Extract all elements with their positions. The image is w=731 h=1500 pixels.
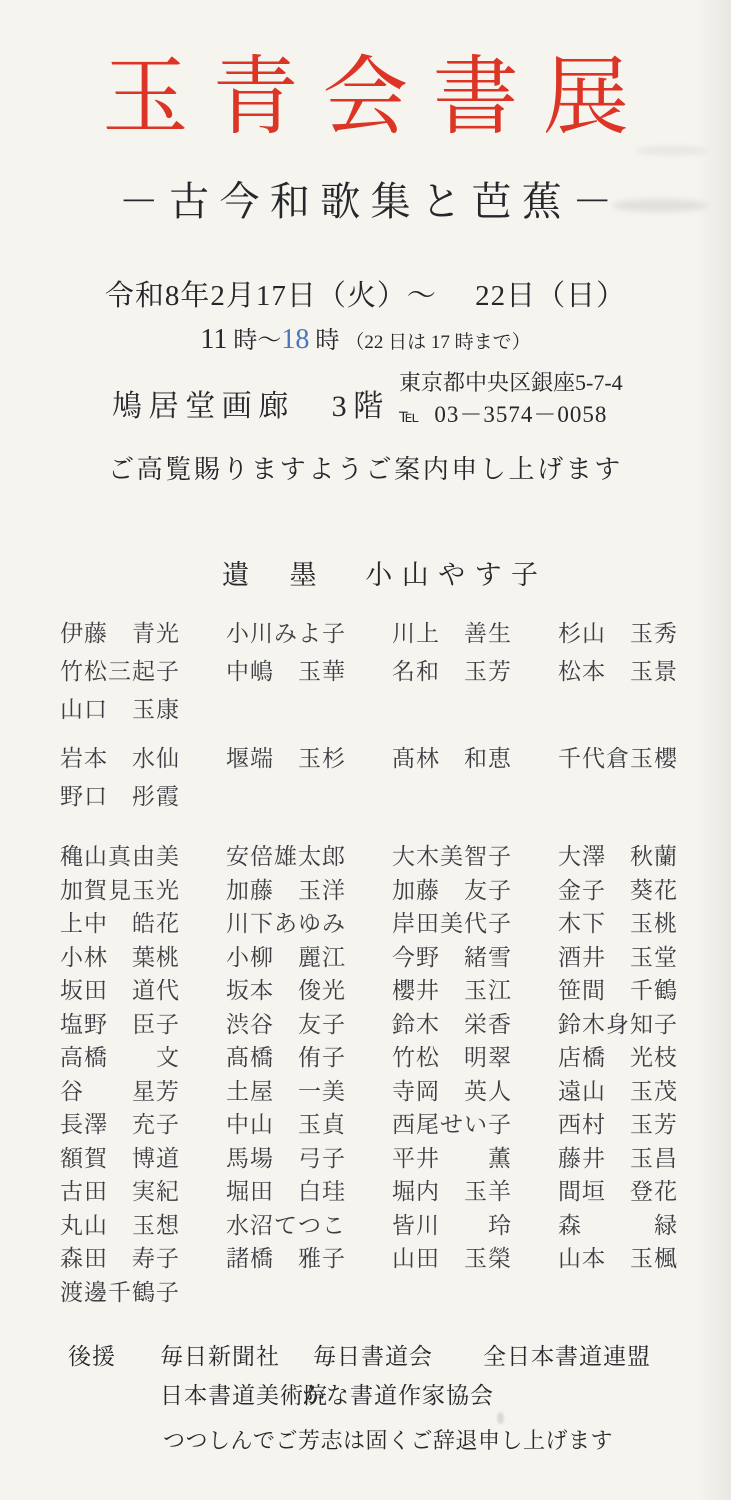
tel-icon: ℡ (399, 406, 420, 427)
exhibitor-name: 高橋 文 (60, 1041, 226, 1075)
exhibitor-list-group2: 岩本 水仙堰端 玉杉髙林 和恵千代倉玉櫻野口 彤霞 (60, 740, 731, 816)
exhibitor-name: 松本 玉景 (558, 653, 724, 691)
exhibitor-name: 櫻井 玉江 (392, 974, 558, 1008)
close-hour: 18 (281, 324, 309, 355)
phone-number: 03－3574－0058 (434, 402, 607, 427)
exhibitor-name: 川下あゆみ (226, 907, 392, 941)
exhibition-dates: 令和8年2月17日（火）～ 22日（日） (0, 276, 731, 316)
exhibitor-name: 渋谷 友子 (226, 1008, 392, 1042)
exhibition-title: 玉青会書展 (0, 42, 731, 152)
exhibitor-name: 平井 薫 (392, 1142, 558, 1176)
exhibitor-name: 伊藤 青光 (60, 615, 226, 653)
exhibitor-name: 中嶋 玉華 (226, 653, 392, 691)
venue-address-block: 東京都中央区銀座5-7-4 ℡03－3574－0058 (399, 369, 623, 431)
exhibitor-name: 水沼てつこ (226, 1209, 392, 1243)
exhibitor-name: 加賀見玉光 (60, 874, 226, 908)
exhibitor-name: 加藤 玉洋 (226, 874, 392, 908)
exhibition-flyer: 玉青会書展 －古今和歌集と芭蕉－ 令和8年2月17日（火）～ 22日（日） 11… (0, 0, 731, 1500)
exhibitor-name: 土屋 一美 (226, 1075, 392, 1109)
exhibitor-name: 古田 実紀 (60, 1175, 226, 1209)
exhibitor-name: 店橋 光枝 (558, 1041, 724, 1075)
sponsor-item: 毎日書道会 (313, 1342, 433, 1372)
exhibitor-list-group3: 穐山真由美安倍雄太郎大木美智子大澤 秋蘭加賀見玉光加藤 玉洋加藤 友子金子 葵花… (60, 840, 731, 1309)
exhibitor-name: 木下 玉桃 (558, 907, 724, 941)
memorial-name: 小山やす子 (365, 560, 547, 590)
exhibitor-name: 長澤 充子 (60, 1108, 226, 1142)
sponsor-item: 毎日新聞社 (160, 1342, 280, 1372)
exhibitor-name: 藤井 玉昌 (558, 1142, 724, 1176)
exhibitor-name: 堀内 玉羊 (392, 1175, 558, 1209)
exhibitor-name: 安倍雄太郎 (226, 840, 392, 874)
exhibitor-name: 岩本 水仙 (60, 740, 226, 778)
exhibitor-name: 西尾せい子 (392, 1108, 558, 1142)
exhibitor-name: 髙橋 侑子 (226, 1041, 392, 1075)
exhibitor-name: 鈴木身知子 (558, 1008, 724, 1042)
exhibitor-name: 坂本 俊光 (226, 974, 392, 1008)
exhibitor-name: 野口 彤霞 (60, 778, 226, 816)
exhibitor-name: 渡邊千鶴子 (60, 1276, 226, 1310)
exhibitor-name: 大木美智子 (392, 840, 558, 874)
venue-name: 鳩居堂画廊 3階 (112, 381, 390, 425)
venue-address: 東京都中央区銀座5-7-4 (399, 369, 623, 397)
exhibitor-name: 小林 葉桃 (60, 941, 226, 975)
exhibitor-name: 小柳 麗江 (226, 941, 392, 975)
exhibitor-name: 岸田美代子 (392, 907, 558, 941)
exhibitor-name: 髙林 和恵 (392, 740, 558, 778)
exhibitor-name: 酒井 玉堂 (558, 941, 724, 975)
memorial-label: 遺 墨 (222, 560, 323, 590)
exhibitor-name: 千代倉玉櫻 (558, 740, 724, 778)
exhibitor-name: 谷 星芳 (60, 1075, 226, 1109)
exhibitor-name: 塩野 臣子 (60, 1008, 226, 1042)
exhibitor-name: 加藤 友子 (392, 874, 558, 908)
exhibitor-name: 山本 玉楓 (558, 1242, 724, 1276)
exhibitor-name: 杉山 玉秀 (558, 615, 724, 653)
exhibitor-name: 寺岡 英人 (392, 1075, 558, 1109)
exhibitor-name: 金子 葵花 (558, 874, 724, 908)
exhibition-subtitle: －古今和歌集と芭蕉－ (0, 176, 731, 228)
hour-label: 時 (309, 328, 345, 354)
memorial-line: 遺 墨小山やす子 (222, 553, 548, 592)
exhibitor-name: 間垣 登花 (558, 1175, 724, 1209)
exhibitor-name: 馬場 弓子 (226, 1142, 392, 1176)
exhibitor-name: 大澤 秋蘭 (558, 840, 724, 874)
exhibitor-name: 山口 玉康 (60, 691, 226, 729)
exhibitor-name: 名和 玉芳 (392, 653, 558, 691)
exhibition-hours: 11 時～18 時 （22 日は 17 時まで） (0, 322, 731, 361)
exhibitor-name: 竹松 明翠 (392, 1041, 558, 1075)
closing-note: つつしんでご芳志は固くご辞退申し上げます (163, 1424, 613, 1455)
exhibitor-name: 皆川 玲 (392, 1209, 558, 1243)
exhibitor-name: 上中 皓花 (60, 907, 226, 941)
exhibitor-name: 山田 玉榮 (392, 1242, 558, 1276)
exhibitor-name: 笹間 千鶴 (558, 974, 724, 1008)
exhibitor-name: 川上 善生 (392, 615, 558, 653)
exhibitor-name: 丸山 玉想 (60, 1209, 226, 1243)
exhibitor-name: 森 緑 (558, 1209, 724, 1243)
sponsors-label: 後援 (68, 1342, 116, 1372)
exhibitor-list-group1: 伊藤 青光小川みよ子川上 善生杉山 玉秀竹松三起子中嶋 玉華名和 玉芳松本 玉景… (60, 615, 731, 729)
exhibitor-name: 西村 玉芳 (558, 1108, 724, 1142)
exhibitor-name: 諸橋 雅子 (226, 1242, 392, 1276)
hours-note: （22 日は 17 時まで） (345, 332, 530, 353)
exhibitor-name: 小川みよ子 (226, 615, 392, 653)
exhibitor-name: 中山 玉貞 (226, 1108, 392, 1142)
exhibitor-name: 坂田 道代 (60, 974, 226, 1008)
hour-label: 時～ (227, 328, 281, 354)
venue-phone: ℡03－3574－0058 (399, 401, 623, 431)
exhibitor-name: 堰端 玉杉 (226, 740, 392, 778)
exhibitor-name: 鈴木 栄香 (392, 1008, 558, 1042)
exhibitor-name: 穐山真由美 (60, 840, 226, 874)
exhibitor-name: 遠山 玉茂 (558, 1075, 724, 1109)
exhibitor-name: 今野 緒雪 (392, 941, 558, 975)
greeting-text: ご高覧賜りますようご案内申し上げます (0, 449, 731, 486)
exhibitor-name: 森田 寿子 (60, 1242, 226, 1276)
exhibitor-name: 堀田 白珪 (226, 1175, 392, 1209)
sponsor-item: かな書道作家協会 (302, 1381, 494, 1411)
open-hour: 11 (200, 324, 227, 355)
sponsor-item: 全日本書道連盟 (483, 1342, 651, 1372)
scan-artifact (497, 1412, 504, 1424)
exhibitor-name: 竹松三起子 (60, 653, 226, 691)
exhibitor-name: 額賀 博道 (60, 1142, 226, 1176)
